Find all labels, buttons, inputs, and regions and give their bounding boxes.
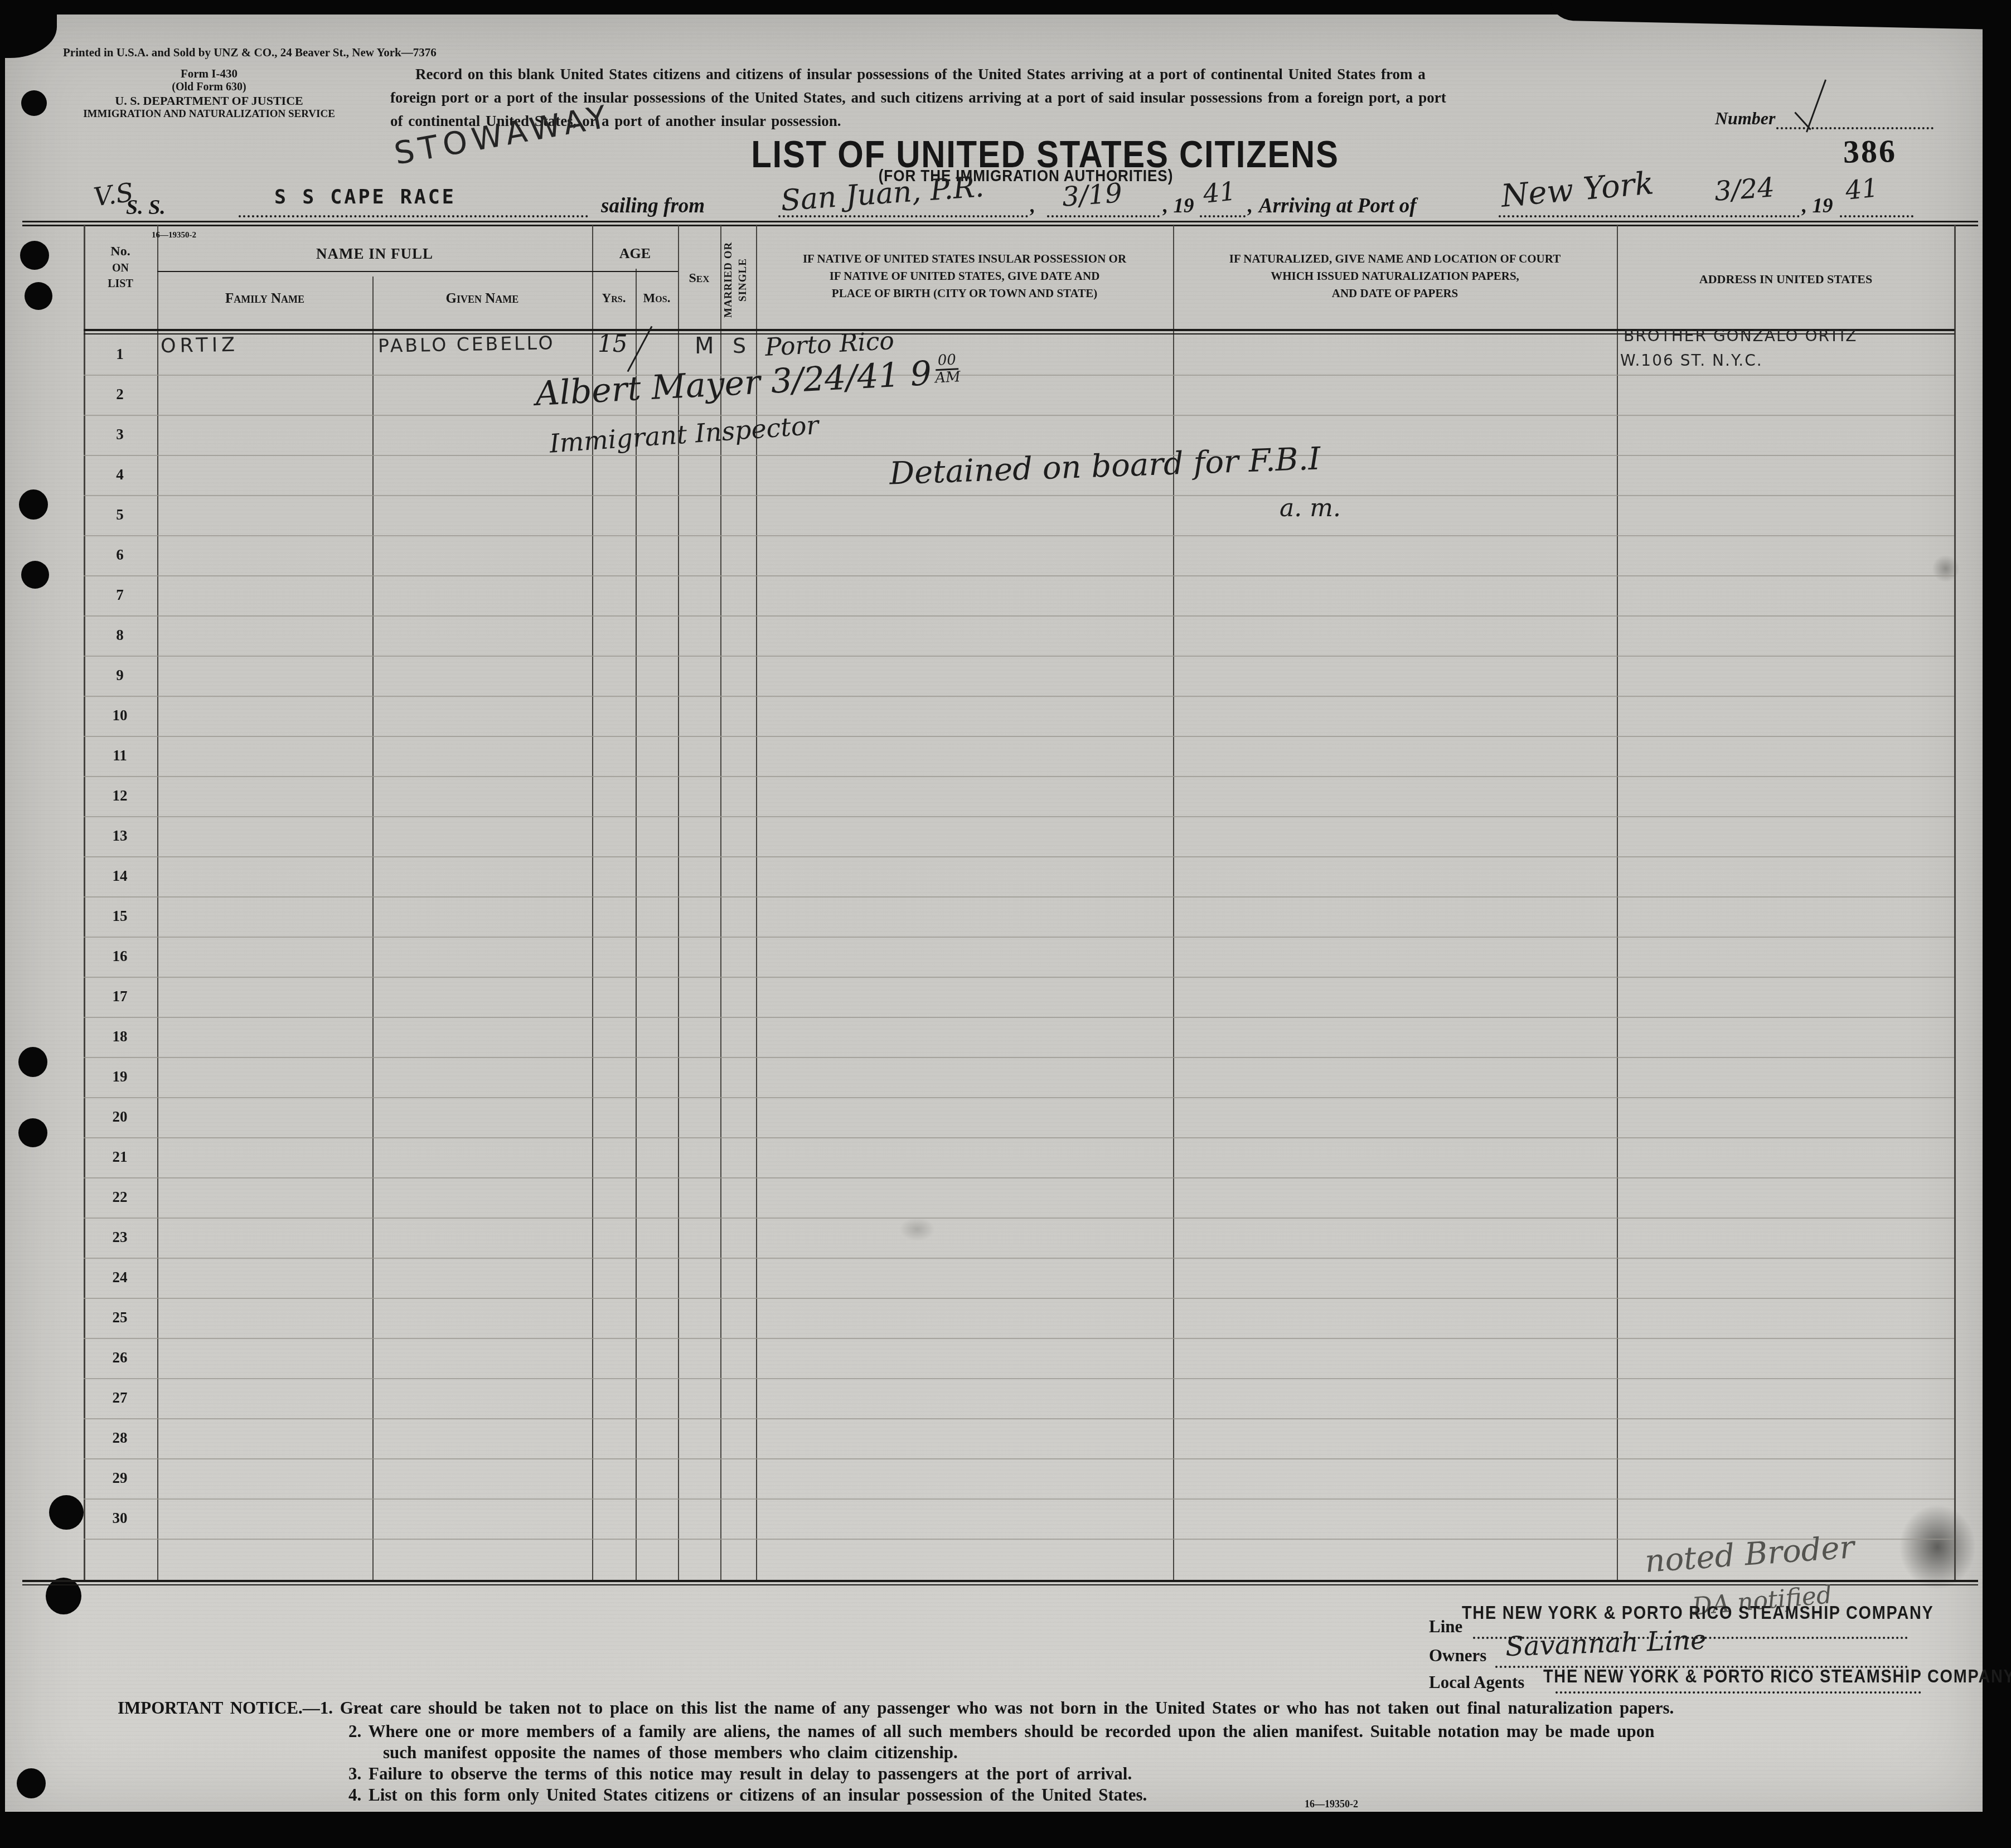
- table-border-right: [1954, 225, 1956, 1582]
- col-header-address: ADDRESS IN UNITED STATES: [1619, 272, 1952, 287]
- form-identifier-block: Form I-430 (Old Form 630) U. S. DEPARTME…: [61, 67, 357, 120]
- time-notation: 00AM: [934, 352, 961, 385]
- instructions-line-1: Record on this blank United States citiz…: [415, 66, 1426, 83]
- col-header-on: ON: [84, 262, 157, 275]
- row-number: 10: [105, 707, 135, 724]
- table-row-line: [84, 1539, 1954, 1540]
- scan-edge-left: [0, 0, 5, 1848]
- number-label: Number: [1715, 108, 1775, 129]
- row-number: 11: [105, 747, 135, 764]
- row-number: 24: [105, 1269, 135, 1286]
- col-header-list: LIST: [84, 278, 157, 290]
- col-header-sex: Sex: [678, 271, 720, 286]
- punch-hole: [20, 241, 49, 270]
- row-number: 4: [105, 466, 135, 483]
- notice-item-1: Great care should be taken not to place …: [340, 1698, 1674, 1718]
- page-number-stamp: 386: [1843, 132, 1897, 171]
- table-row-line: [84, 856, 1954, 857]
- table-row-line: [84, 1258, 1954, 1259]
- line-company-stamp: THE NEW YORK & PORTO RICO STEAMSHIP COMP…: [1462, 1602, 1934, 1624]
- table-row-line: [84, 937, 1954, 938]
- row-number: 22: [105, 1189, 135, 1206]
- row-number: 12: [105, 787, 135, 804]
- col-header-mos: Mos.: [636, 291, 678, 305]
- row-number: 18: [105, 1028, 135, 1045]
- col-header-naturalized-2: WHICH ISSUED NATURALIZATION PAPERS,: [1175, 269, 1615, 283]
- sailing-date-dotted-line: [1047, 215, 1160, 217]
- row-number: 1: [105, 346, 135, 363]
- row-number: 8: [105, 627, 135, 644]
- table-row-line: [84, 1338, 1954, 1339]
- sailing-year-handwritten: 41: [1201, 176, 1237, 209]
- notice-line-4: 3. Failure to observe the terms of this …: [348, 1764, 1132, 1784]
- vessel-name-typed: S S CAPE RACE: [274, 186, 456, 208]
- table-row-line: [84, 495, 1954, 496]
- scan-edge-right: [1983, 0, 2011, 1848]
- row-number: 15: [105, 908, 135, 925]
- printer-imprint: Printed in U.S.A. and Sold by UNZ & CO.,…: [63, 46, 437, 60]
- col-header-given-name: Given Name: [372, 291, 592, 307]
- row-number: 9: [105, 667, 135, 684]
- row-number: 26: [105, 1349, 135, 1366]
- department-name: U. S. DEPARTMENT OF JUSTICE: [61, 94, 357, 108]
- notice-line-5: 4. List on this form only United States …: [348, 1785, 1147, 1805]
- row-number: 17: [105, 988, 135, 1005]
- col-header-naturalized-3: AND DATE OF PAPERS: [1175, 287, 1615, 300]
- row-number: 6: [105, 546, 135, 564]
- col-header-no: No.: [84, 244, 157, 259]
- arrival-port-dotted-line: [1499, 215, 1800, 217]
- col-header-age: AGE: [592, 245, 678, 262]
- agents-dotted: [1556, 1691, 1921, 1694]
- table-row-line: [84, 1017, 1954, 1018]
- arrival-year-handwritten: 41: [1844, 172, 1879, 206]
- smudge: [1926, 549, 1965, 588]
- row-number: 5: [105, 506, 135, 523]
- table-row-line: [84, 816, 1954, 817]
- row-number: 25: [105, 1309, 135, 1326]
- line-label: Line: [1429, 1617, 1462, 1637]
- row-number: 16: [105, 948, 135, 965]
- notice-line-2: 2. Where one or more members of a family…: [348, 1721, 1655, 1742]
- vessel-dotted-line: [239, 215, 588, 217]
- sailing-date-handwritten: 3/19: [1061, 177, 1123, 212]
- arrival-year-dotted-line: [1840, 215, 1913, 217]
- row-number: 7: [105, 586, 135, 604]
- old-form-number: (Old Form 630): [61, 81, 357, 94]
- table-bottom-rule: [22, 1580, 1978, 1582]
- number-dotted-line: [1776, 127, 1934, 129]
- punch-hole: [17, 1768, 46, 1798]
- row-number: 13: [105, 827, 135, 845]
- table-row-line: [84, 696, 1954, 697]
- table-row-line: [84, 575, 1954, 576]
- row-number: 3: [105, 426, 135, 443]
- table-row-line: [84, 1137, 1954, 1138]
- time-minutes: 00: [935, 352, 959, 371]
- notice-lead: IMPORTANT NOTICE.—1.: [118, 1698, 333, 1718]
- table-bottom-rule: [22, 1584, 1978, 1585]
- year-19-printed: , 19: [1163, 194, 1194, 218]
- table-row-line: [84, 736, 1954, 737]
- table-row-line: [84, 1458, 1954, 1459]
- table-row-line: [84, 1218, 1954, 1219]
- sailing-from-label: sailing from: [601, 194, 705, 218]
- column-line: [372, 277, 374, 1582]
- detained-annotation-2: a. m.: [1280, 494, 1341, 522]
- notice-line-3: such manifest opposite the names of thos…: [383, 1743, 958, 1763]
- col-header-birth-3: PLACE OF BIRTH (CITY OR TOWN AND STATE): [758, 287, 1171, 300]
- row-number: 23: [105, 1229, 135, 1246]
- entry-marital-status: S: [733, 333, 746, 358]
- col-header-birth-2: IF NATIVE OF UNITED STATES, GIVE DATE AN…: [758, 269, 1171, 283]
- entry-given-name: PABLO CEBELLO: [378, 332, 555, 357]
- instructions-line-2: foreign port or a port of the insular po…: [390, 89, 1446, 106]
- service-name: IMMIGRATION AND NATURALIZATION SERVICE: [61, 108, 357, 120]
- row-number: 30: [105, 1510, 135, 1527]
- punch-hole: [25, 282, 52, 310]
- ink-stain: [1884, 1488, 1990, 1606]
- punch-hole: [18, 1047, 47, 1077]
- column-line: [636, 269, 637, 1582]
- arriving-label: Arriving at Port of: [1259, 194, 1417, 218]
- col-header-name-in-full: NAME IN FULL: [157, 245, 592, 263]
- entry-sex: M: [695, 333, 714, 359]
- local-agents-label: Local Agents: [1429, 1672, 1524, 1692]
- comma: ,: [1030, 194, 1035, 218]
- row-number: 28: [105, 1429, 135, 1447]
- col-header-birth-1: IF NATIVE OF UNITED STATES INSULAR POSSE…: [758, 252, 1171, 266]
- ss-label: S. S.: [126, 195, 166, 220]
- punch-hole: [46, 1578, 81, 1614]
- row-number: 29: [105, 1469, 135, 1487]
- table-row-line: [84, 1498, 1954, 1500]
- col-header-family-name: Family Name: [157, 291, 372, 307]
- col-header-married-or-single: MARRIED OR SINGLE: [721, 233, 755, 327]
- col-header-naturalized-1: IF NATURALIZED, GIVE NAME AND LOCATION O…: [1175, 252, 1615, 266]
- table-row-line: [84, 656, 1954, 657]
- agents-company-stamp: THE NEW YORK & PORTO RICO STEAMSHIP COMP…: [1543, 1666, 2011, 1687]
- entry-address-line-1: BROTHER GONZALO ORTIZ: [1624, 327, 1857, 345]
- table-row-line: [84, 1177, 1954, 1178]
- time-meridiem: AM: [935, 370, 961, 385]
- rule: [22, 221, 1978, 222]
- header-underline: [157, 271, 678, 272]
- plate-number-top: 16—19350-2: [152, 231, 196, 240]
- punch-hole: [19, 489, 48, 520]
- rule: [22, 225, 1978, 226]
- row-number: 21: [105, 1148, 135, 1166]
- table-row-line: [84, 896, 1954, 898]
- punch-hole: [18, 1118, 47, 1147]
- table-row-line: [84, 375, 1954, 376]
- punch-hole: [21, 561, 49, 589]
- form-number: Form I-430: [61, 67, 357, 81]
- row-number: 2: [105, 386, 135, 403]
- table-row-line: [84, 1378, 1954, 1379]
- table-row-line: [84, 415, 1954, 416]
- punch-hole: [49, 1495, 84, 1530]
- arrival-date-handwritten: 3/24: [1713, 172, 1775, 207]
- entry-family-name: ORTIZ: [161, 334, 239, 357]
- plate-number-bottom: 16—19350-2: [1305, 1798, 1358, 1810]
- table-row-line: [84, 977, 1954, 978]
- scan-edge-bottom: [0, 1812, 2011, 1848]
- table-row-line: [84, 1097, 1954, 1098]
- owners-label: Owners: [1429, 1646, 1486, 1666]
- table-row-line: [84, 535, 1954, 536]
- punch-hole: [21, 90, 47, 116]
- table-row-line: [84, 1418, 1954, 1419]
- sailing-year-dotted-line: [1200, 215, 1246, 217]
- table-row-line: [84, 1057, 1954, 1058]
- row-number: 19: [105, 1068, 135, 1085]
- row-number: 14: [105, 867, 135, 885]
- entry-age-years: 15: [598, 330, 627, 357]
- scanned-manifest-page: Printed in U.S.A. and Sold by UNZ & CO.,…: [0, 0, 2011, 1848]
- notice-line-1: IMPORTANT NOTICE.—1. Great care should b…: [118, 1698, 1674, 1718]
- entry-address-line-2: W.106 ST. N.Y.C.: [1620, 351, 1763, 370]
- table-row-line: [84, 615, 1954, 617]
- table-row-line: [84, 1298, 1954, 1299]
- comma: ,: [1248, 194, 1253, 218]
- col-header-yrs: Yrs.: [592, 291, 636, 305]
- row-number: 27: [105, 1389, 135, 1406]
- year-19-printed: , 19: [1802, 194, 1833, 218]
- sailing-port-dotted-line: [778, 215, 1028, 217]
- table-row-line: [84, 776, 1954, 777]
- row-number: 20: [105, 1108, 135, 1126]
